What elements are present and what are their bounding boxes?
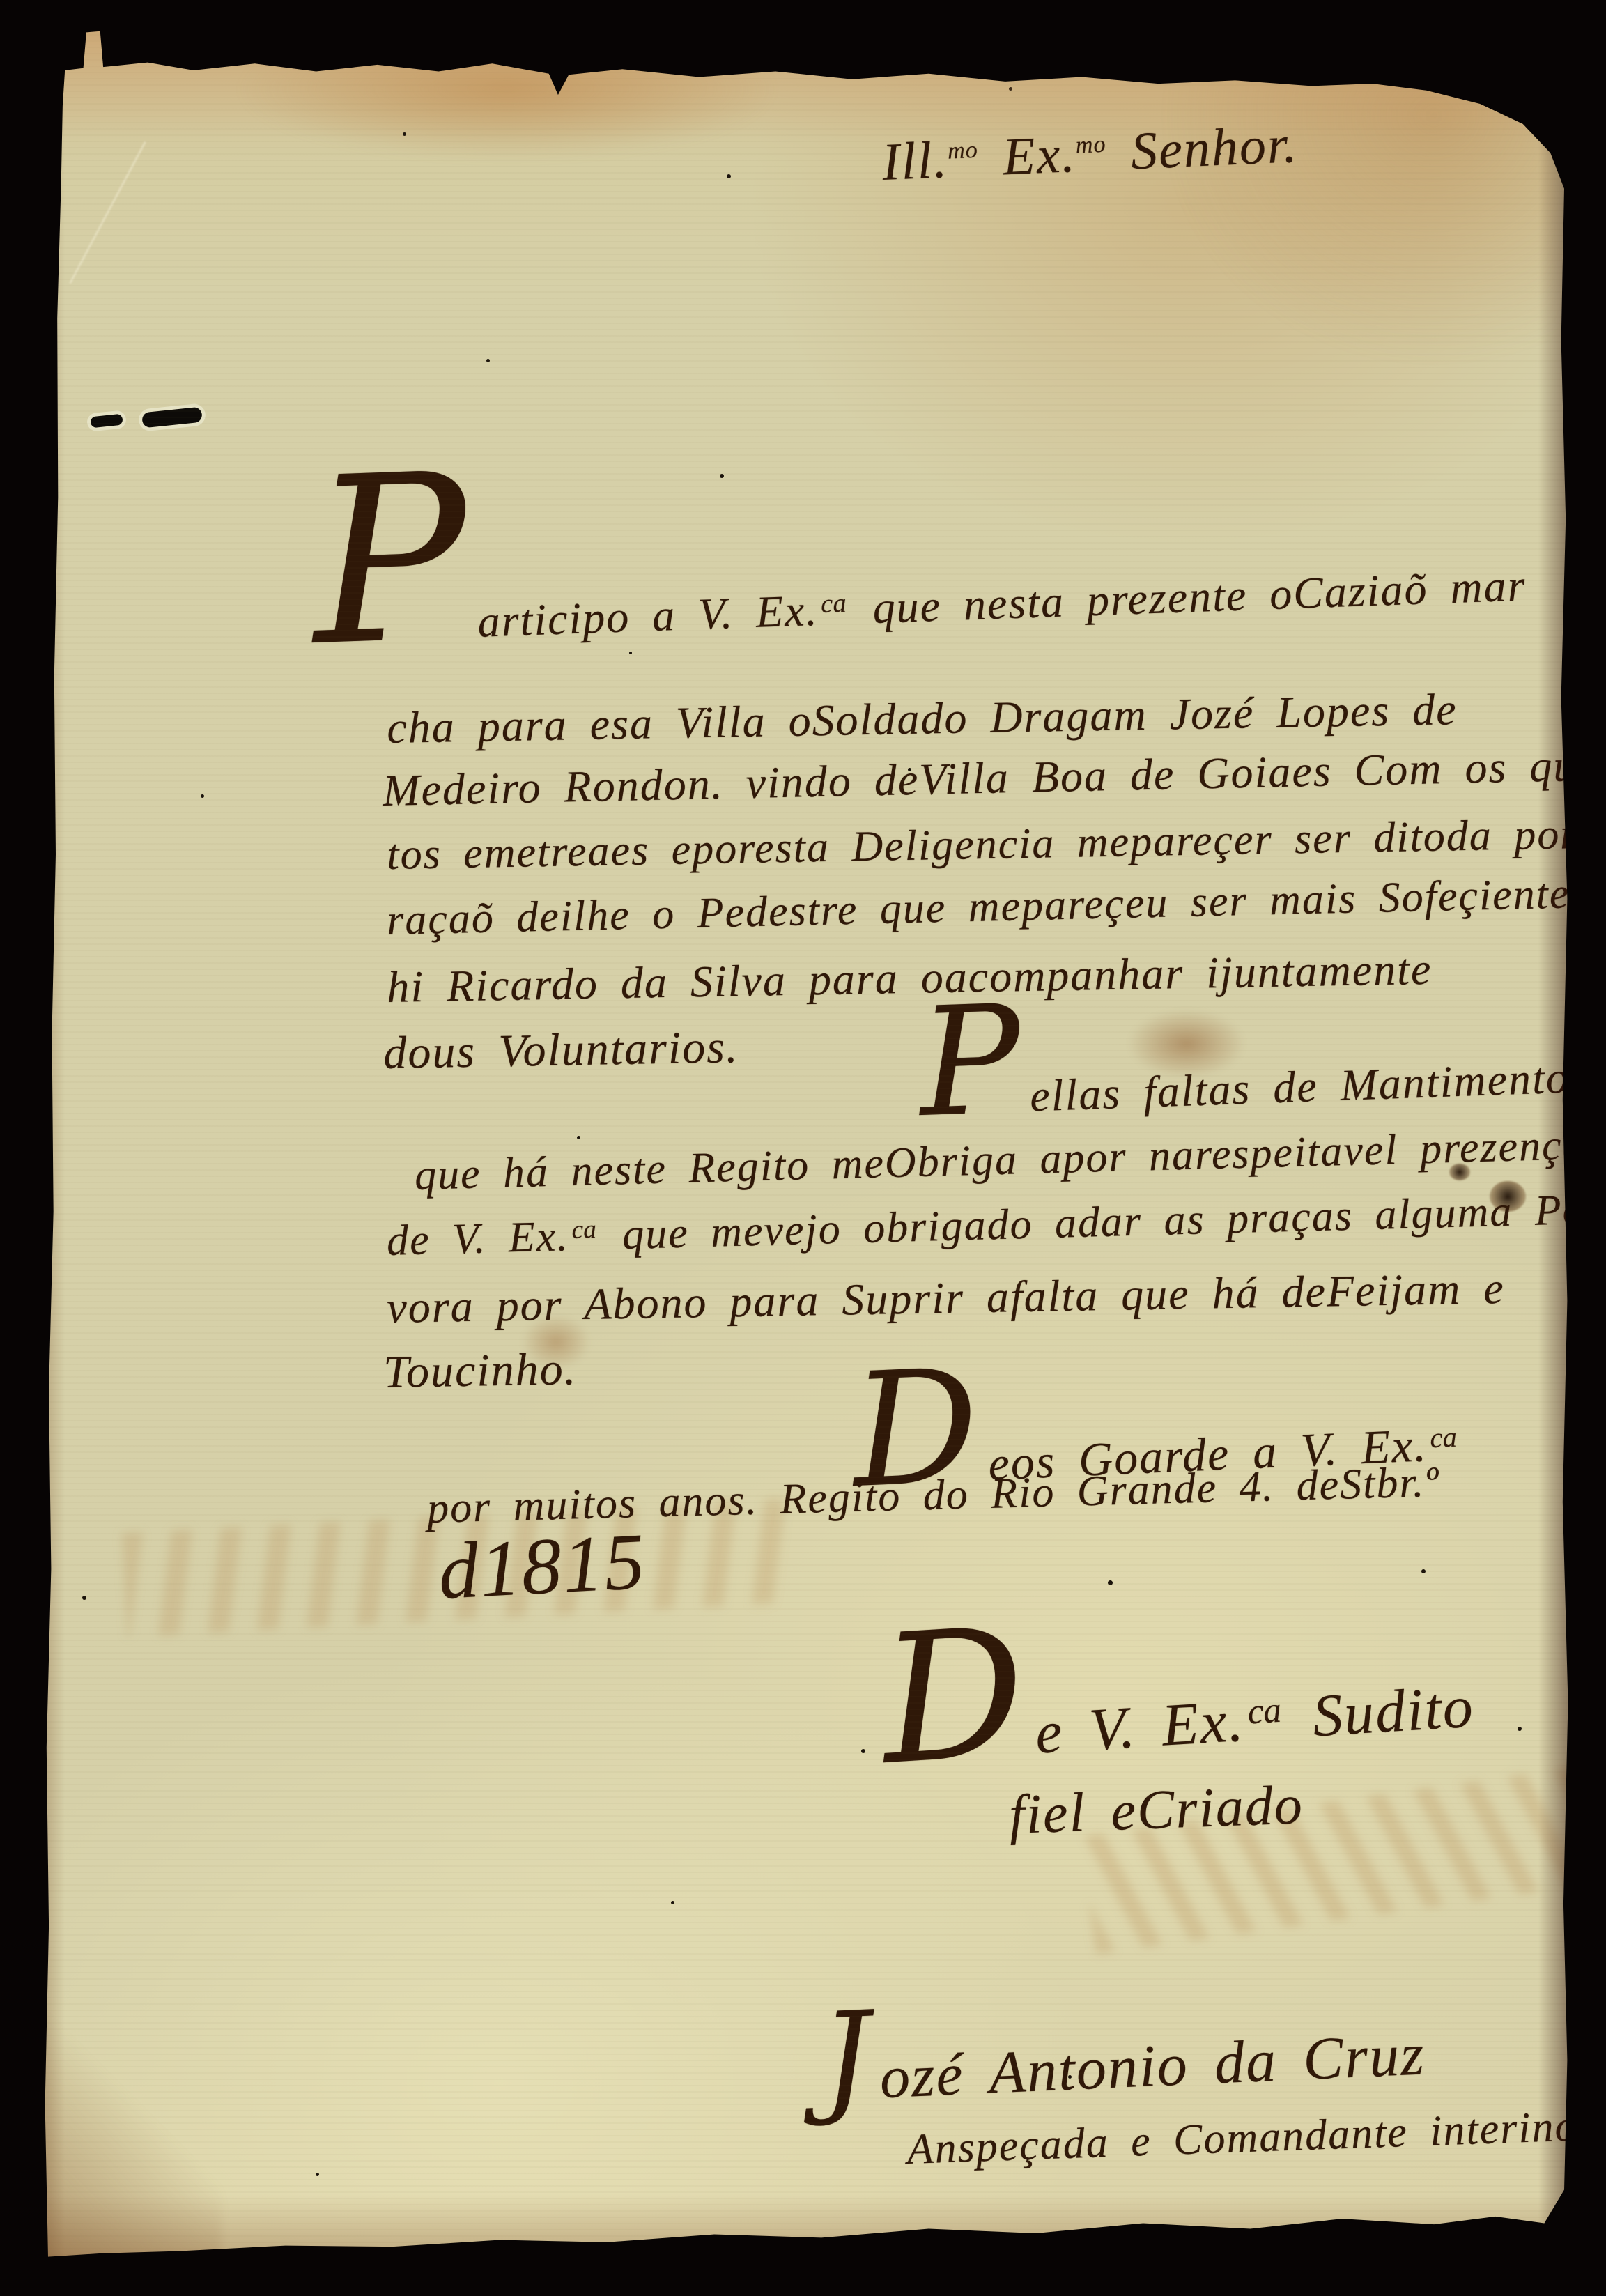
fly-speck — [403, 132, 406, 136]
fly-speck — [82, 1596, 86, 1600]
salutation-superscript-2: mo — [1075, 132, 1106, 159]
manuscript-paper: Ill.mo Ex.mo Senhor. P articipo a V. Ex.… — [40, 28, 1572, 2261]
paragraph1-line-7: dous Voluntarios. — [383, 1021, 739, 1080]
fly-speck — [1009, 87, 1012, 91]
signature-drop-cap: J — [819, 2008, 874, 2108]
salutation-superscript-1: mo — [947, 137, 978, 164]
paragraph2-line-4: Toucinho. — [383, 1343, 578, 1399]
fly-speck — [577, 1136, 580, 1139]
margin-ink-mark-1 — [90, 414, 123, 429]
paragraph2-drop-cap: P — [918, 1000, 1024, 1123]
fly-speck — [861, 1749, 865, 1753]
valediction-drop-cap: D — [878, 1622, 1030, 1773]
valediction-line-1-text: e V. Ex.ᶜᵃ Sudito — [1033, 1671, 1476, 1767]
top-edge-stain — [236, 42, 779, 160]
paragraph1-line-5: raçaõ deilhe o Pedestre que mepareçeu se… — [386, 868, 1606, 946]
fly-speck — [727, 174, 731, 178]
paragraph2-line-2: de V. Ex.ᶜᵃ que mevejo obrigado adar as … — [386, 1185, 1600, 1266]
salutation-abbr-2: Ex. — [977, 125, 1077, 187]
signature-name-text: ozé Antonio da Cruz — [879, 2019, 1427, 2112]
paragraph1-line-4: tos emetreaes eporesta Deligencia mepare… — [387, 809, 1606, 880]
paragraph2-heading: P ellas faltas de Mantimentos — [918, 980, 1589, 1126]
paragraph2-heading-text: ellas faltas de Mantimentos — [1029, 1051, 1589, 1123]
fly-speck — [486, 359, 490, 362]
salutation-line: Ill.mo Ex.mo Senhor. — [881, 114, 1299, 193]
top-right-corner-stain — [1141, 49, 1559, 383]
paragraph1-drop-cap: P — [309, 468, 472, 653]
fly-speck — [629, 652, 632, 654]
valediction-line-2: fiel eCriado — [1008, 1773, 1304, 1847]
closing-year: d1815 — [436, 1516, 648, 1618]
salutation-word: Senhor. — [1105, 115, 1299, 182]
signature-name: J ozé Antonio da Cruz — [819, 1984, 1426, 2115]
fly-speck — [201, 794, 204, 798]
paragraph1-line-1-text: articipo a V. Ex.ᶜᵃ que nesta prezente o… — [477, 560, 1527, 648]
paragraph1-line-3: Medeiro Rondon. vindo deVilla Boa de Goi… — [382, 739, 1606, 817]
fly-speck — [1108, 1580, 1113, 1585]
fly-speck — [1518, 1727, 1522, 1731]
salutation-abbr-1: Ill. — [881, 130, 949, 192]
fly-speck — [1421, 1569, 1426, 1573]
paper-scratch — [69, 141, 146, 284]
fly-speck — [671, 1901, 674, 1904]
paragraph2-line-3: vora por Abono para Suprir afalta que há… — [387, 1263, 1506, 1334]
margin-ink-mark-2 — [141, 407, 203, 429]
signature-title: Anspeçada e Comandante interino — [906, 2102, 1579, 2175]
scanned-letter-page: { "page": { "background_color": "#070404… — [0, 0, 1606, 2296]
bottom-left-corner-stain — [40, 2014, 222, 2265]
paragraph1-line-1: P articipo a V. Ex.ᶜᵃ que nesta prezente… — [309, 431, 1527, 654]
paragraph1-line-2: cha para esa Villa oSoldado Dragam Jozé … — [387, 684, 1458, 754]
fly-speck — [316, 2173, 319, 2176]
valediction-line-1: D e V. Ex.ᶜᵃ Sudito — [878, 1595, 1476, 1777]
